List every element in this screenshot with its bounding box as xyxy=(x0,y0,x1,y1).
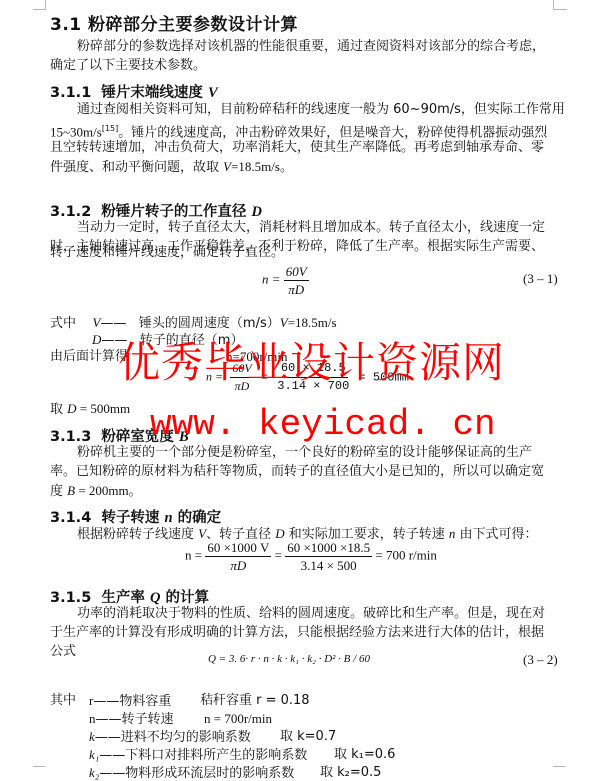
param-note: 取 k₁=0.6 xyxy=(334,746,395,763)
paragraph-line: 当动力一定时，转子直径太大，消耗材料且增加成本。转子直径太小，线速度一定 xyxy=(77,219,545,236)
heading-number: 3.1.5 xyxy=(50,590,91,606)
param-item: k₁——下料口对排料所产生的影响系数 xyxy=(89,746,307,764)
param-item: k——进料不均匀的影响系数 xyxy=(89,728,251,746)
heading-number: 3.1.2 xyxy=(50,204,91,220)
paragraph-line: 率。已知粉碎的原材料为秸秆等物质，而转子的直径值大小是已知的，所以可以确定宽 xyxy=(50,463,544,480)
heading-number: 3.1.3 xyxy=(50,429,91,445)
paragraph-line: 转子速度和锤片线速度，确定转子直径。 xyxy=(50,244,284,261)
heading-variable: D xyxy=(251,204,261,220)
document-page: 3.1 粉碎部分主要参数设计计算 粉碎部分的参数选择对该机器的性能很重要，通过查… xyxy=(0,0,609,781)
intro-paragraph-line: 确定了以下主要技术参数。 xyxy=(50,57,206,74)
heading-number: 3.1.1 xyxy=(50,85,91,101)
param-note: 取 k=0.7 xyxy=(280,728,336,745)
heading-variable: V xyxy=(208,85,218,101)
param-item: n——转子转速 xyxy=(89,710,174,728)
page-corner-mark-top-left xyxy=(33,0,46,10)
subsection-heading-3-1-2: 3.1.2 粉锤片转子的工作直径 D xyxy=(50,200,262,221)
take-diameter: 取 D = 500mm xyxy=(50,400,130,418)
heading-text: 生产率 xyxy=(101,590,145,606)
heading-variable: B xyxy=(179,429,189,445)
heading-variable: Q xyxy=(150,590,160,606)
heading-text: 转子转速 xyxy=(101,510,159,526)
heading-number: 3.1.4 xyxy=(50,510,91,526)
subsection-heading-3-1-1: 3.1.1 锤片末端线速度 V xyxy=(50,81,218,102)
paragraph-line: 于生产率的计算没有形成明确的计算方法，只能根据经验方法来进行大体的估计，根据 xyxy=(50,624,544,641)
section-title: 3.1 粉碎部分主要参数设计计算 xyxy=(50,10,298,35)
paragraph-line: 度 B = 200mm。 xyxy=(50,482,142,500)
subsection-heading-3-1-4: 3.1.4 转子转速 n 的确定 xyxy=(50,506,221,527)
param-item: r——物料容重 xyxy=(89,692,171,710)
equation-number: (3 – 2) xyxy=(523,652,558,668)
fraction: 60V πD xyxy=(284,263,309,298)
heading-variable: n xyxy=(164,510,172,526)
where-clause-v: 式中 V—— 锤头的圆周速度（m/s）V=18.5m/s xyxy=(50,314,337,332)
equation-3-1: n = 60V πD xyxy=(262,263,309,298)
equation-number: (3 – 1) xyxy=(523,271,558,287)
equation-rotor-speed: n = 60 ×1000 V πD = 60 ×1000 ×18.5 3.14 … xyxy=(185,539,437,574)
param-item: k₂——物料形成环流层时的影响系数 xyxy=(89,764,294,781)
paragraph-line: 且空转转速增加，冲击负荷大，功率消耗大，使其生产率降低。再考虑到轴承寿命、零 xyxy=(50,139,544,156)
paragraph-line: 件强度、和动平衡问题，故取 V=18.5m/s。 xyxy=(50,158,293,176)
page-corner-mark-bottom-left xyxy=(33,766,45,781)
intro-paragraph-line: 粉碎部分的参数选择对该机器的性能很重要，通过查阅资料对该部分的综合考虑， xyxy=(77,38,545,55)
paragraph-line: 公式 xyxy=(50,643,76,660)
heading-text: 粉锤片转子的工作直径 xyxy=(101,204,246,220)
paragraph-line: 功率的消耗取决于物料的性质、给料的圆周速度。破碎比和生产率。但是，现在对 xyxy=(77,605,545,622)
paragraph-line: 通过查阅相关资料可知，目前粉碎秸秆的线速度一般为 60~90m/s，但实际工作常… xyxy=(77,101,565,118)
equation-3-2: Q = 3. 6· r · n · k · k₁ · k₂ · D² · B /… xyxy=(208,653,370,665)
where-clause-d: D—— 转子的直径（m） xyxy=(92,331,243,349)
param-note: n = 700r/min xyxy=(204,710,272,727)
calc-label: 由后面计算得 xyxy=(50,348,128,365)
param-note: 取 k₂=0.5 xyxy=(320,764,381,781)
equation-diameter: n = 60V πD = 60 × 18.5 3.14 × 700 = 500m… xyxy=(206,360,409,395)
param-note: 秸秆容重 r = 0.18 xyxy=(200,692,310,709)
where-label: 其中 xyxy=(50,692,76,709)
page-corner-mark-top-right xyxy=(553,0,567,10)
page-corner-mark-bottom-right xyxy=(553,766,566,781)
heading-text: 粉碎室宽度 xyxy=(101,429,174,445)
heading-text: 锤片末端线速度 xyxy=(101,85,203,101)
watermark-url: www. keyicad. cn xyxy=(150,404,496,445)
citation-reference: [15] xyxy=(102,124,118,133)
paragraph-line: 粉碎机主要的一个部分便是粉碎室，一个良好的粉碎室的设计能够保证高的生产 xyxy=(77,444,532,461)
subsection-heading-3-1-5: 3.1.5 生产率 Q 的计算 xyxy=(50,586,209,607)
subsection-heading-3-1-3: 3.1.3 粉碎室宽度 B xyxy=(50,425,189,446)
